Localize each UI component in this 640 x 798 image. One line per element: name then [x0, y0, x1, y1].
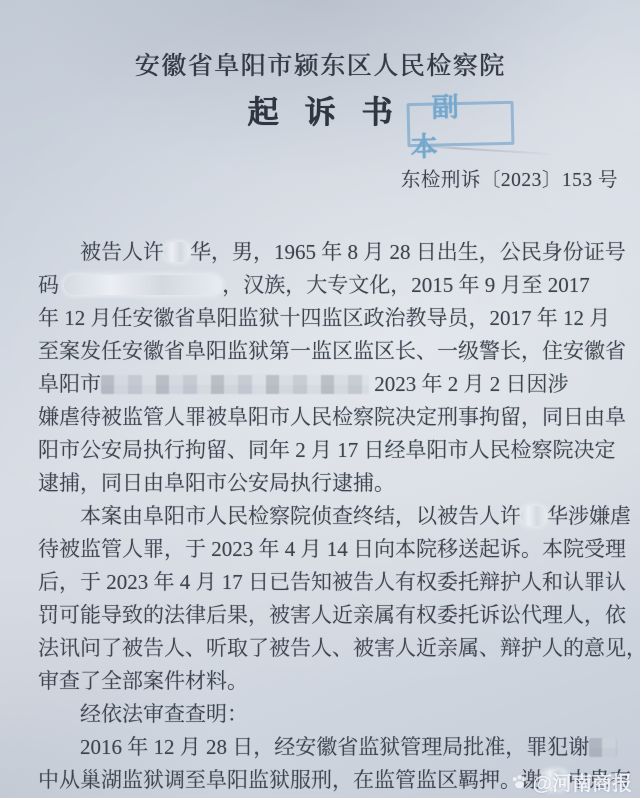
document-line: 罚可能导致的法律后果，被害人近亲属有权委托诉讼代理人，依 — [38, 599, 616, 632]
text-segment: 待被监管人罪，于 2023 年 4 月 14 日向本院移送起诉。本院受理 — [38, 537, 626, 561]
watermark-text: @河南商报 — [532, 767, 632, 796]
document-line: 嫌虐待被监管人罪被阜阳市人民检察院决定刑事拘留，同日由阜 — [38, 401, 616, 434]
document-line: 年 12 月任安徽省阜阳监狱十四监区政治教导员，2017 年 12 月 — [38, 302, 616, 335]
text-segment: 阜阳市 — [38, 372, 101, 396]
redaction-soft — [521, 506, 547, 526]
court-name: 安徽省阜阳市颍东区人民检察院 — [0, 0, 640, 82]
document-line: 阜阳市 2023 年 2 月 2 日因涉 — [38, 368, 616, 401]
text-segment: 华涉嫌虐 — [547, 504, 631, 528]
text-segment: 法讯问了被告人、听取了被告人、被害人近亲属、辩护人的意见， — [38, 636, 640, 660]
document-line: 待被监管人罪，于 2023 年 4 月 14 日向本院移送起诉。本院受理 — [38, 533, 616, 566]
redaction-soft — [164, 242, 190, 262]
document-line: 本案由阜阳市人民检察院侦查终结，以被告人许华涉嫌虐 — [38, 500, 616, 533]
text-segment: 至案发任安徽省阜阳监狱第一监区监区长、一级警长，住安徽省 — [38, 339, 626, 363]
redaction-mosaic — [101, 375, 369, 394]
document-line: 2016 年 12 月 28 日，经安徽省监狱管理局批准，罪犯谢 — [38, 731, 616, 764]
document-line: 被告人许华，男，1965 年 8 月 28 日出生，公民身份证号 — [38, 236, 616, 269]
document-line: 法讯问了被告人、听取了被告人、被害人近亲属、辩护人的意见， — [38, 632, 616, 665]
text-segment: 逮捕，同日由阜阳市公安局执行逮捕。 — [38, 471, 395, 495]
text-segment: 码 — [38, 273, 64, 297]
document-line: 码 ，汉族，大专文化，2015 年 9 月至 2017 — [38, 269, 616, 302]
text-segment: 阳市公安局执行拘留、同年 2 月 17 日经阜阳市人民检察院决定 — [38, 438, 616, 462]
text-segment: 罚可能导致的法律后果，被害人近亲属有权委托诉讼代理人，依 — [38, 603, 626, 627]
paw-icon — [510, 772, 529, 791]
document-line: 阳市公安局执行拘留、同年 2 月 17 日经阜阳市人民检察院决定 — [38, 434, 616, 467]
text-segment: 嫌虐待被监管人罪被阜阳市人民检察院决定刑事拘留，同日由阜 — [38, 405, 626, 429]
text-segment: ，汉族，大专文化，2015 年 9 月至 2017 — [222, 273, 590, 297]
text-segment: 华，男，1965 年 8 月 28 日出生，公民身份证号 — [190, 240, 626, 264]
text-segment: 审查了全部案件材料。 — [38, 669, 248, 693]
redaction-soft — [64, 275, 222, 295]
copy-stamp: 副本 — [407, 101, 515, 147]
text-segment: 本案由阜阳市人民检察院侦查终结，以被告人许 — [80, 504, 521, 528]
document-line: 审查了全部案件材料。 — [38, 665, 616, 698]
text-segment: 被告人许 — [80, 240, 164, 264]
document-title: 起诉书 — [0, 87, 640, 132]
text-segment: 中从巢湖监狱调至阜阳监狱服刑，在监管监区羁押。谢 — [38, 768, 542, 792]
redaction-mosaic — [589, 738, 617, 757]
text-segment: 经依法审查查明： — [80, 702, 248, 726]
document-line: 后，于 2023 年 4 月 17 日已告知被告人有权委托辩护人和认罪认 — [38, 566, 616, 599]
indictment-document-photo: 安徽省阜阳市颍东区人民检察院 起诉书 副本 东检刑诉〔2023〕153 号 被告… — [0, 0, 640, 798]
text-segment: 2023 年 2 月 2 日因涉 — [369, 372, 569, 396]
text-segment: 后，于 2023 年 4 月 17 日已告知被告人有权委托辩护人和认罪认 — [38, 570, 626, 594]
watermark: @河南商报 — [510, 767, 632, 796]
text-segment: 2016 年 12 月 28 日，经安徽省监狱管理局批准，罪犯谢 — [80, 735, 589, 759]
document-line: 逮捕，同日由阜阳市公安局执行逮捕。 — [38, 467, 616, 500]
document-body: 被告人许华，男，1965 年 8 月 28 日出生，公民身份证号码 ，汉族，大专… — [0, 236, 640, 797]
document-line: 经依法审查查明： — [38, 698, 616, 731]
document-line: 至案发任安徽省阜阳监狱第一监区监区长、一级警长，住安徽省 — [38, 335, 616, 368]
document-number: 东检刑诉〔2023〕153 号 — [0, 164, 640, 192]
text-segment: 年 12 月任安徽省阜阳监狱十四监区政治教导员，2017 年 12 月 — [38, 306, 610, 330]
